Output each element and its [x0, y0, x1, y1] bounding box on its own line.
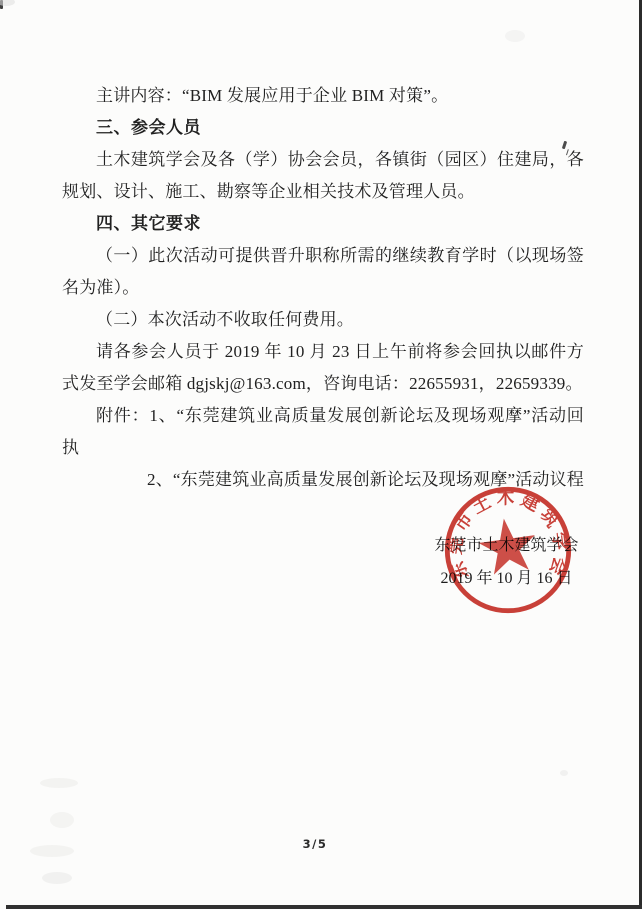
scan-edge-bottom: [6, 905, 642, 909]
heading-section-4-other-requirements: 四、其它要求: [62, 208, 584, 240]
page-number: 3/5: [0, 837, 630, 851]
paragraph-requirement-1: （一）此次活动可提供晋升职称所需的继续教育学时（以现场签名为准）。: [62, 240, 584, 304]
heading-section-3-participants: 三、参会人员: [62, 112, 584, 144]
scan-smudge-bottom-right: [560, 770, 568, 776]
scanned-notice-page: 主讲内容：“BIM 发展应用于企业 BIM 对策”。 三、参会人员 土木建筑学会…: [0, 0, 642, 909]
paragraph-lecture-content: 主讲内容：“BIM 发展应用于企业 BIM 对策”。: [62, 80, 584, 112]
seal-star-icon: [476, 515, 540, 577]
attachment-line-1: 附件：1、“东莞建筑业高质量发展创新论坛及现场观摩”活动回执: [62, 400, 584, 464]
paragraph-reply-instructions: 请各参会人员于 2019 年 10 月 23 日上午前将参会回执以邮件方式发至学…: [62, 336, 584, 400]
scan-smudge-bottom-1: [40, 778, 78, 788]
official-seal: 东莞市土木建筑学会: [442, 484, 574, 616]
scan-smudge-bottom-3: [30, 845, 74, 857]
document-body: 主讲内容：“BIM 发展应用于企业 BIM 对策”。 三、参会人员 土木建筑学会…: [62, 80, 584, 496]
scan-smudge-bottom-2: [50, 812, 74, 828]
attachments-block: 附件：1、“东莞建筑业高质量发展创新论坛及现场观摩”活动回执 2、“东莞建筑业高…: [62, 400, 584, 496]
scan-smudge-top: [505, 30, 525, 42]
paragraph-requirement-2: （二）本次活动不收取任何费用。: [62, 304, 584, 336]
paragraph-participants: 土木建筑学会及各（学）协会会员，各镇街（园区）住建局，各规划、设计、施工、勘察等…: [62, 144, 584, 208]
scan-smudge-bottom-4: [42, 872, 72, 884]
scan-smudge-topleft: [0, 0, 15, 6]
